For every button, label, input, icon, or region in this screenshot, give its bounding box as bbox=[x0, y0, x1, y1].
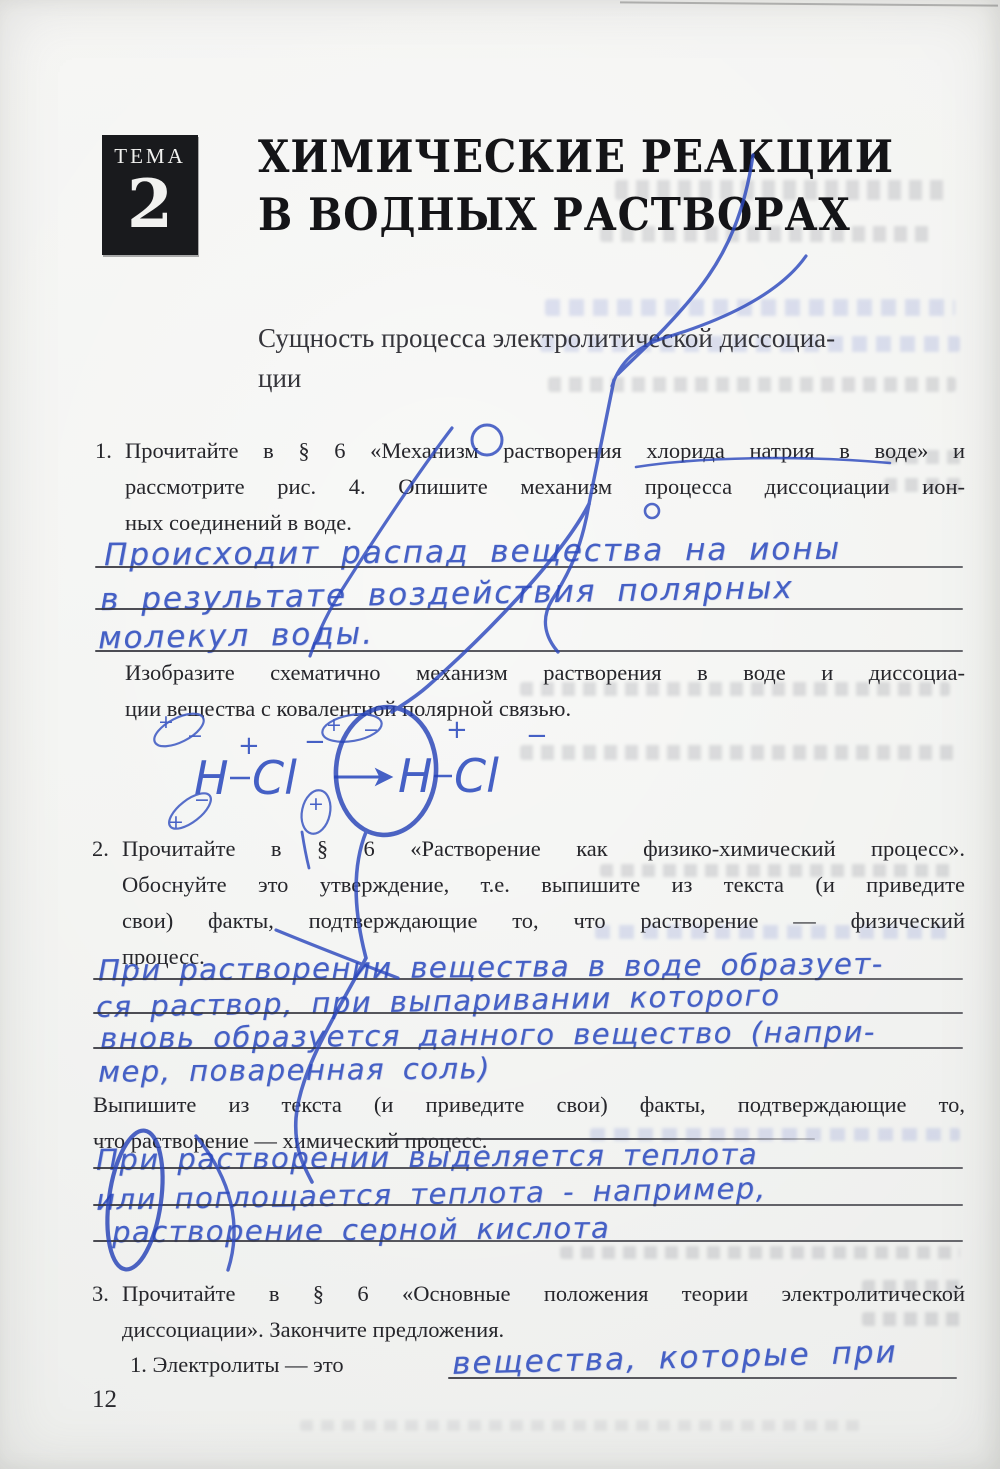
answer-line bbox=[95, 608, 963, 610]
handwritten-answer: растворение серной кислота bbox=[112, 1211, 610, 1249]
handwritten-answer: в результате воздействия полярных bbox=[100, 570, 794, 618]
chapter-title-line2: В ВОДНЫХ РАСТВОРАХ bbox=[258, 186, 894, 244]
ion-h: H bbox=[398, 749, 433, 803]
exercise1-text-line: рассмотрите рис. 4. Опишите механизм про… bbox=[125, 474, 965, 510]
bleed-through-text bbox=[300, 1420, 860, 1431]
molecule-h: H bbox=[194, 751, 229, 805]
page-number: 12 bbox=[92, 1386, 117, 1414]
scan-edge-artifact bbox=[620, 1, 998, 6]
answer-line bbox=[95, 650, 963, 652]
exercise2-text-line: свои) факты, подтверждающие то, что раст… bbox=[122, 908, 965, 944]
answer-line bbox=[93, 1047, 963, 1049]
answer-line bbox=[93, 1167, 963, 1169]
ion-cl-charge: − bbox=[526, 721, 548, 751]
answer-line bbox=[448, 1377, 957, 1379]
exercise2-text-line: Прочитайте в § 6 «Растворение как физико… bbox=[122, 836, 965, 872]
handwritten-answer: или поглощается теплота - например, bbox=[96, 1171, 767, 1217]
molecule-cl: Cl bbox=[252, 751, 297, 805]
exercise2-number: 2. bbox=[92, 836, 109, 862]
exercise3-text-line: Прочитайте в § 6 «Основные положения тео… bbox=[122, 1281, 965, 1317]
theme-number: 2 bbox=[102, 171, 198, 237]
molecule-cl-charge: − bbox=[304, 727, 326, 757]
exercise2b-text-line: Выпишите из текста (и приведите свои) фа… bbox=[93, 1092, 965, 1128]
theme-badge: ТЕМА 2 bbox=[102, 135, 198, 255]
exercise1-text-line: Прочитайте в § 6 «Механизм растворения х… bbox=[125, 438, 965, 474]
exercise3-item1-label: 1. Электролиты — это bbox=[130, 1347, 344, 1383]
dipole-charge: − bbox=[363, 719, 379, 741]
answer-line bbox=[93, 1012, 963, 1014]
reaction-arrow bbox=[334, 771, 390, 783]
dipole-charge: + bbox=[308, 793, 324, 815]
exercise3-number: 3. bbox=[92, 1281, 109, 1307]
handwritten-answer: При растворении выделяется теплота bbox=[96, 1137, 758, 1177]
ion-cl: Cl bbox=[454, 749, 499, 803]
answer-line bbox=[93, 1204, 963, 1206]
dipole-charge: + bbox=[168, 811, 184, 833]
section-subtitle-line1: Сущность процесса электролитической дисс… bbox=[258, 318, 858, 358]
covalent-task-line: Изобразите схематично механизм растворен… bbox=[125, 660, 965, 696]
handwritten-answer: вновь образуется данного вещество (напри… bbox=[100, 1015, 876, 1056]
bleed-through-text bbox=[545, 299, 955, 316]
handwritten-answer: мер, поваренная соль) bbox=[98, 1051, 491, 1088]
dipole-charge: − bbox=[187, 725, 203, 747]
chapter-title-line1: ХИМИЧЕСКИЕ РЕАКЦИИ bbox=[258, 128, 894, 186]
chapter-title: ХИМИЧЕСКИЕ РЕАКЦИИ В ВОДНЫХ РАСТВОРАХ bbox=[258, 128, 965, 244]
workbook-page: ТЕМА 2 ХИМИЧЕСКИЕ РЕАКЦИИ В ВОДНЫХ РАСТВ… bbox=[0, 0, 1000, 1469]
section-subtitle: Сущность процесса электролитической дисс… bbox=[258, 318, 858, 398]
answer-line bbox=[95, 566, 963, 568]
ion-h-charge: + bbox=[446, 715, 468, 745]
dipole-charge: + bbox=[326, 714, 342, 736]
section-subtitle-line2: ции bbox=[258, 358, 858, 398]
bleed-through-text bbox=[560, 1246, 960, 1259]
answer-line bbox=[93, 1240, 963, 1242]
exercise2-text-line: Обоснуйте это утверждение, т.е. выпишите… bbox=[122, 872, 965, 908]
exercise1-number: 1. bbox=[95, 438, 112, 464]
dipole-charge: + bbox=[158, 711, 174, 733]
answer-line bbox=[93, 978, 963, 980]
